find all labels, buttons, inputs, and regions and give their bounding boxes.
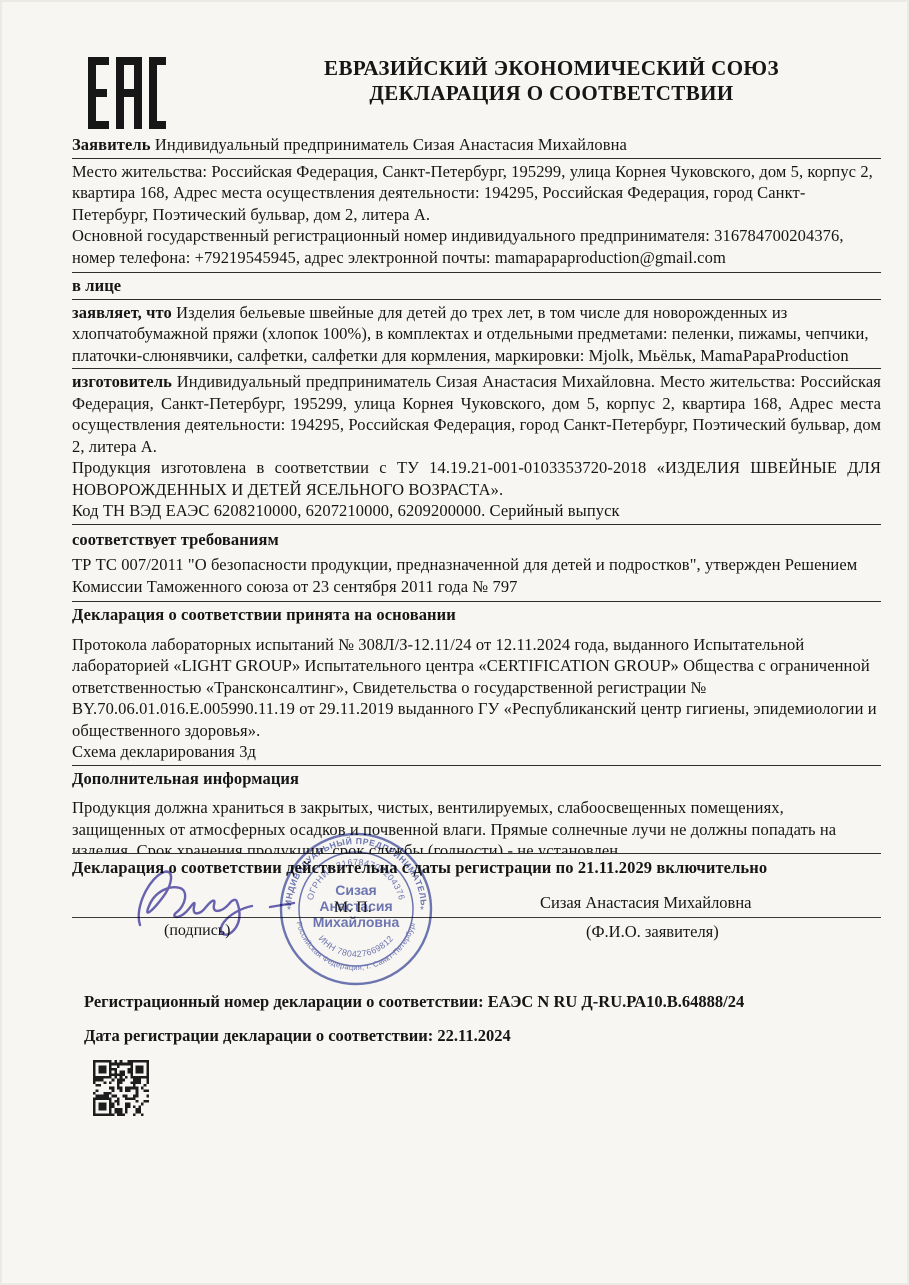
manufacturer-paragraph: изготовитель Индивидуальный предпринимат…	[72, 371, 881, 457]
manufacturer-text: Индивидуальный предприниматель Сизая Ана…	[72, 372, 881, 456]
tr-ts-section: ТР ТС 007/2011 "О безопасности продукции…	[72, 552, 881, 602]
registration-number-line: Регистрационный номер декларации о соотв…	[72, 991, 881, 1012]
applicant-ogrn: Основной государственный регистрационный…	[72, 225, 881, 268]
in-person-line: в лице	[72, 273, 881, 300]
meets-heading: соответствует требованиям	[72, 525, 881, 553]
qr-code	[93, 1060, 149, 1116]
tr-ts-text: ТР ТС 007/2011 "О безопасности продукции…	[72, 554, 881, 597]
registration-date-line: Дата регистрации декларации о соответств…	[72, 1025, 881, 1046]
podpis-label: (подпись)	[164, 922, 230, 940]
additional-heading: Дополнительная информация	[72, 766, 881, 792]
stamp-inn-text: ИНН 780427669812	[317, 933, 396, 959]
applicant-line: Заявитель Индивидуальный предприниматель…	[72, 134, 881, 159]
svg-text:ИНН 780427669812: ИНН 780427669812	[317, 933, 396, 959]
basis-text: Протокола лабораторных испытаний № 308Л/…	[72, 628, 881, 742]
manufacturer-label: изготовитель	[72, 372, 172, 391]
stamp-star-left: *	[287, 905, 291, 916]
document-title: ЕВРАЗИЙСКИЙ ЭКОНОМИЧЕСКИЙ СОЮЗ ДЕКЛАРАЦИ…	[222, 0, 881, 106]
applicant-value: Индивидуальный предприниматель Сизая Ана…	[155, 135, 627, 154]
document-footer: Декларация о соответствии действительна …	[72, 853, 881, 1116]
document-body: ЕВРАЗИЙСКИЙ ЭКОНОМИЧЕСКИЙ СОЮЗ ДЕКЛАРАЦИ…	[72, 0, 881, 853]
additional-info: Продукция должна храниться в закрытых, ч…	[72, 791, 881, 853]
fio-name: Сизая Анастасия Михайловна	[540, 893, 752, 913]
applicant-residence: Место жительства: Российская Федерация, …	[72, 161, 881, 226]
applicant-details: Место жительства: Российская Федерация, …	[72, 159, 881, 274]
basis-heading: Декларация о соответствии принята на осн…	[72, 602, 881, 628]
stamp-star-right: *	[420, 905, 424, 916]
declaration-document: ЕВРАЗИЙСКИЙ ЭКОНОМИЧЕСКИЙ СОЮЗ ДЕКЛАРАЦИ…	[0, 0, 909, 1285]
stamp-name-line1: Сизая	[335, 882, 376, 898]
storage-paragraph: Продукция должна храниться в закрытых, ч…	[72, 797, 881, 853]
title-union: ЕВРАЗИЙСКИЙ ЭКОНОМИЧЕСКИЙ СОЮЗ	[222, 56, 881, 81]
title-declaration: ДЕКЛАРАЦИЯ О СООТВЕТСТВИИ	[222, 81, 881, 106]
declares-text: Изделия бельевые швейные для детей до тр…	[72, 303, 869, 365]
fio-label: (Ф.И.О. заявителя)	[586, 922, 719, 942]
scheme-line: Схема декларирования 3д	[72, 741, 881, 766]
document-header: ЕВРАЗИЙСКИЙ ЭКОНОМИЧЕСКИЙ СОЮЗ ДЕКЛАРАЦИ…	[72, 0, 881, 134]
document-content: ЕВРАЗИЙСКИЙ ЭКОНОМИЧЕСКИЙ СОЮЗ ДЕКЛАРАЦИ…	[72, 0, 881, 853]
declares-label: заявляет, что	[72, 303, 172, 322]
signature-block: (подпись) М. П. Сизая Анастасия Михайлов…	[72, 879, 881, 983]
eac-logo	[88, 57, 166, 129]
production-paragraph: Продукция изготовлена в соответствии с Т…	[72, 457, 881, 500]
applicant-label: Заявитель	[72, 135, 151, 154]
declares-section: заявляет, что Изделия бельевые швейные д…	[72, 300, 881, 370]
manufacturer-section: изготовитель Индивидуальный предпринимат…	[72, 369, 881, 500]
mp-label: М. П.	[334, 899, 372, 917]
tn-ved-line: Код ТН ВЭД ЕАЭС 6208210000, 6207210000, …	[72, 500, 881, 525]
